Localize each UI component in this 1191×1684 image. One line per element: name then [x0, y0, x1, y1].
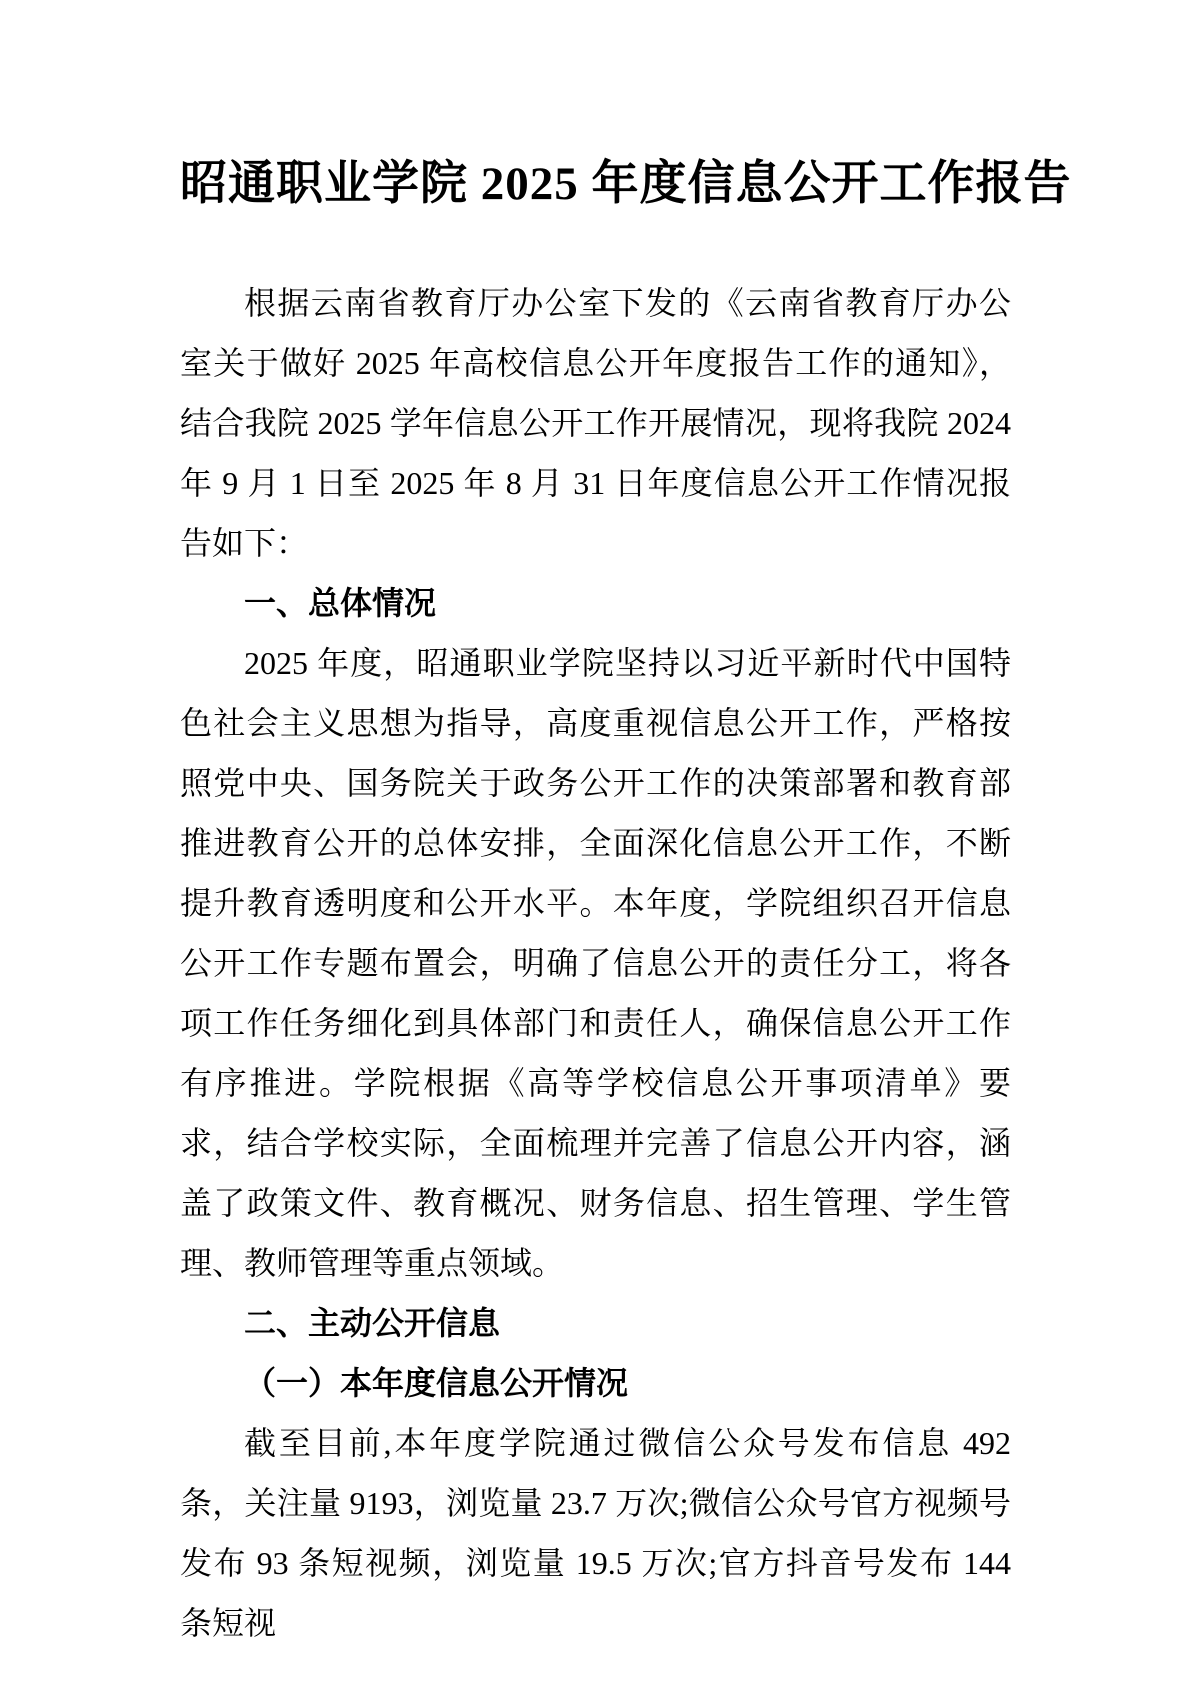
- heading-subsection-2-1-annual-disclosure: （一）本年度信息公开情况: [180, 1353, 1011, 1413]
- document-title: 昭通职业学院 2025 年度信息公开工作报告: [180, 0, 1011, 222]
- document-body: 根据云南省教育厅办公室下发的《云南省教育厅办公室关于做好 2025 年高校信息公…: [180, 273, 1011, 1653]
- heading-section-1-overall-situation: 一、总体情况: [180, 573, 1011, 633]
- document-page: 昭通职业学院 2025 年度信息公开工作报告 根据云南省教育厅办公室下发的《云南…: [0, 0, 1191, 1684]
- paragraph-disclosure-statistics: 截至目前,本年度学院通过微信公众号发布信息 492 条，关注量 9193，浏览量…: [180, 1413, 1011, 1653]
- paragraph-overall-situation: 2025 年度，昭通职业学院坚持以习近平新时代中国特色社会主义思想为指导，高度重…: [180, 633, 1011, 1293]
- heading-section-2-proactive-disclosure: 二、主动公开信息: [180, 1293, 1011, 1353]
- paragraph-intro: 根据云南省教育厅办公室下发的《云南省教育厅办公室关于做好 2025 年高校信息公…: [180, 273, 1011, 573]
